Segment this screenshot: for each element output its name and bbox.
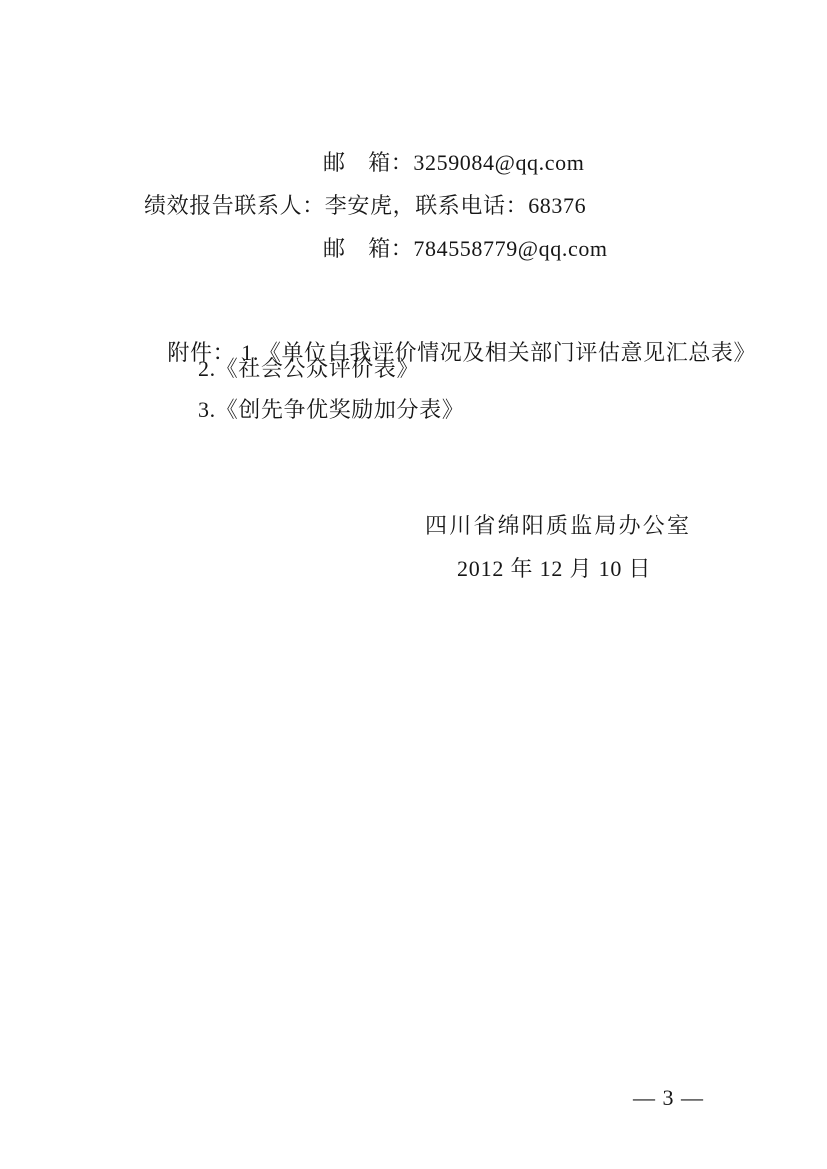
- performance-report-contact-line: 绩效报告联系人：李安虎，联系电话：68376: [144, 193, 586, 219]
- signature-organization: 四川省绵阳质监局办公室: [425, 513, 691, 539]
- attachment-item-2: 2.《社会公众评价表》: [198, 356, 419, 382]
- signature-date: 2012 年 12 月 10 日: [457, 556, 651, 582]
- contact-email-line-1: 邮 箱：3259084@qq.com: [323, 150, 584, 176]
- document-page: 邮 箱：3259084@qq.com 绩效报告联系人：李安虎，联系电话：6837…: [0, 0, 827, 1169]
- page-number: — 3 —: [633, 1085, 704, 1111]
- contact-email-line-2: 邮 箱：784558779@qq.com: [323, 236, 608, 262]
- attachment-item-3: 3.《创先争优奖励加分表》: [198, 397, 464, 423]
